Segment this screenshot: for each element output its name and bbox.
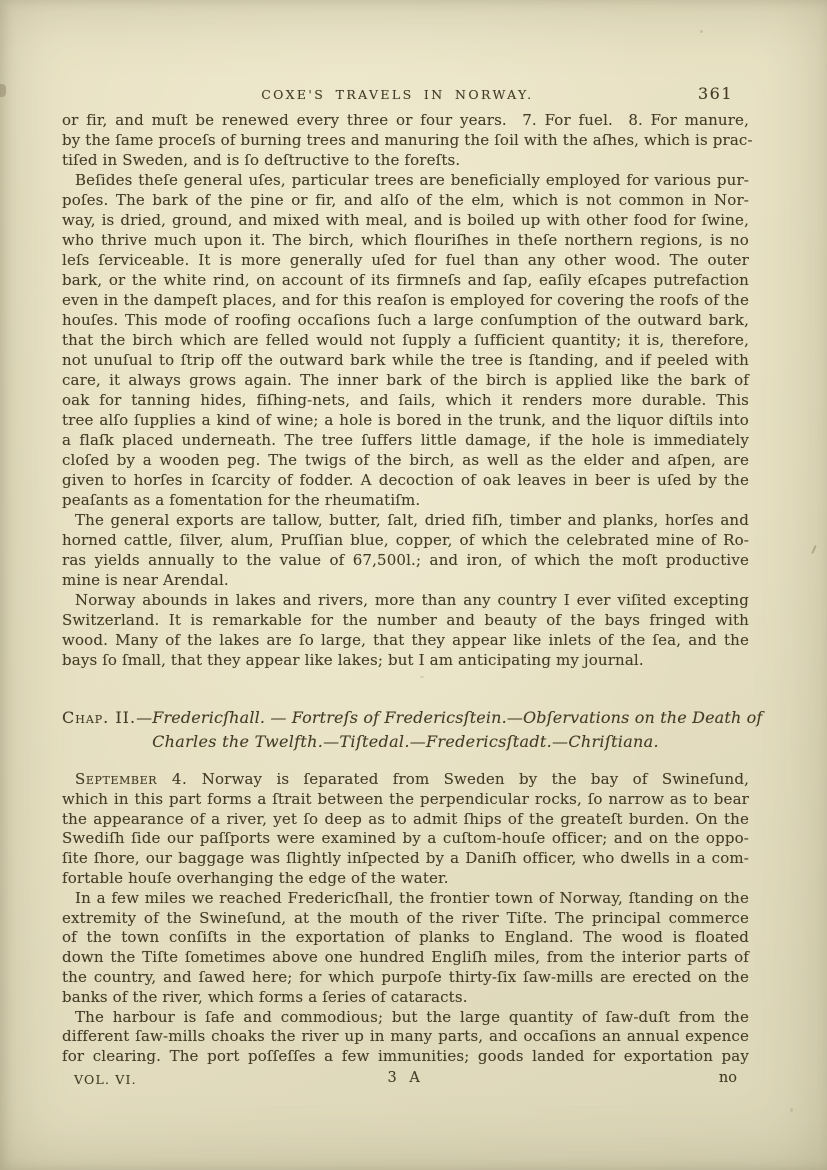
date-lead: September 4.	[75, 770, 187, 788]
text-line: or fir, and muſt be renewed every three …	[62, 110, 749, 130]
chapter-heading: Chap. II.—Fredericſhall. — Fortreſs of F…	[62, 706, 749, 754]
text-line: Beſides theſe general uſes, particular t…	[62, 170, 749, 190]
text-line: of the town conſiſts in the exportation …	[62, 928, 749, 948]
paper-speck	[0, 84, 6, 97]
text-line-date: September 4. Norway is ſeparated from Sw…	[62, 770, 749, 790]
text-line: even in the dampeſt places, and for this…	[62, 290, 749, 310]
paper-speck	[790, 1108, 793, 1112]
book-page: COXE'S TRAVELS IN NORWAY. 361 or fir, an…	[0, 0, 827, 1170]
text-line: not unuſual to ſtrip off the outward bar…	[62, 350, 749, 370]
text-line: poſes. The bark of the pine or fir, and …	[62, 190, 749, 210]
text-line: fortable houſe overhanging the edge of t…	[62, 869, 749, 889]
text-line: way, is dried, ground, and mixed with me…	[62, 210, 749, 230]
text-line: different ſaw-mills choaks the river up …	[62, 1027, 749, 1047]
text-line: peaſants as a fomentation for the rheuma…	[62, 490, 749, 510]
text-line: The harbour is ſafe and commodious; but …	[62, 1008, 749, 1028]
chapter-heading-line1-text: —Fredericſhall. — Fortreſs of Fredericsſ…	[136, 708, 762, 727]
page-footer: VOL. VI. 3 A no	[62, 1070, 749, 1090]
text-line: bays ſo ſmall, that they appear like lak…	[62, 650, 749, 670]
text-line: leſs ſerviceable. It is more generally u…	[62, 250, 749, 270]
text-line: which in this part forms a ſtrait betwee…	[62, 790, 749, 810]
text-line: In a few miles we reached Fredericſhall,…	[62, 889, 749, 909]
text-line: bark, or the white rind, on account of i…	[62, 270, 749, 290]
chapter-heading-line1: Chap. II.—Fredericſhall. — Fortreſs of F…	[62, 706, 749, 730]
text-line: Norway abounds in lakes and rivers, more…	[62, 590, 749, 610]
date-lead-line-text: Norway is ſeparated from Sweden by the b…	[202, 770, 749, 788]
text-line: who thrive much upon it. The birch, whic…	[62, 230, 749, 250]
text-line: given to horſes in ſcarcity of fodder. A…	[62, 470, 749, 490]
text-line: banks of the river, which forms a ſeries…	[62, 988, 749, 1008]
text-line: down the Tiſte ſometimes above one hundr…	[62, 948, 749, 968]
text-line: ras yields annually to the value of 67,5…	[62, 550, 749, 570]
text-line: extremity of the Swineſund, at the mouth…	[62, 909, 749, 929]
text-line: The general exports are tallow, butter, …	[62, 510, 749, 530]
text-line: cloſed by a wooden peg. The twigs of the…	[62, 450, 749, 470]
text-line: horned cattle, ſilver, alum, Pruſſian bl…	[62, 530, 749, 550]
volume-label: VOL. VI.	[74, 1072, 137, 1087]
paper-speck	[811, 545, 816, 554]
text-line: that the birch which are felled would no…	[62, 330, 749, 350]
text-line: houſes. This mode of roofing occaſions ſ…	[62, 310, 749, 330]
text-line: wood. Many of the lakes are ſo large, th…	[62, 630, 749, 650]
text-line: ſite ſhore, our baggage was ſlightly inſ…	[62, 849, 749, 869]
paper-speck	[420, 676, 424, 678]
text-line: oak for tanning hides, fiſhing-nets, and…	[62, 390, 749, 410]
paper-speck	[700, 30, 703, 33]
body-block-2: September 4. Norway is ſeparated from Sw…	[62, 770, 749, 1067]
text-line: for clearing. The port poſſeſſes a few i…	[62, 1047, 749, 1067]
chapter-label: Chap. II.	[62, 708, 136, 727]
chapter-heading-line2: Charles the Twelfth.—Tiſtedal.—Frederics…	[62, 730, 749, 754]
text-line: mine is near Arendal.	[62, 570, 749, 590]
text-line: the appearance of a river, yet ſo deep a…	[62, 810, 749, 830]
text-line: Switzerland. It is remarkable for the nu…	[62, 610, 749, 630]
running-head: COXE'S TRAVELS IN NORWAY. 361	[62, 84, 749, 106]
page-number: 361	[698, 84, 733, 103]
signature-mark: 3 A	[388, 1070, 424, 1086]
text-line: tree alſo ſupplies a kind of wine; a hol…	[62, 410, 749, 430]
text-line: by the ſame proceſs of burning trees and…	[62, 130, 749, 150]
text-line: a flaſk placed underneath. The tree ſuff…	[62, 430, 749, 450]
text-line: the country, and ſawed here; for which p…	[62, 968, 749, 988]
catchword: no	[719, 1070, 737, 1086]
running-head-title: COXE'S TRAVELS IN NORWAY.	[261, 87, 533, 102]
body-block-1: or fir, and muſt be renewed every three …	[62, 110, 749, 670]
text-line: care, it always grows again. The inner b…	[62, 370, 749, 390]
text-line: Swediſh ſide our paſſports were examined…	[62, 829, 749, 849]
text-line: tiſed in Sweden, and is ſo deſtructive t…	[62, 150, 749, 170]
